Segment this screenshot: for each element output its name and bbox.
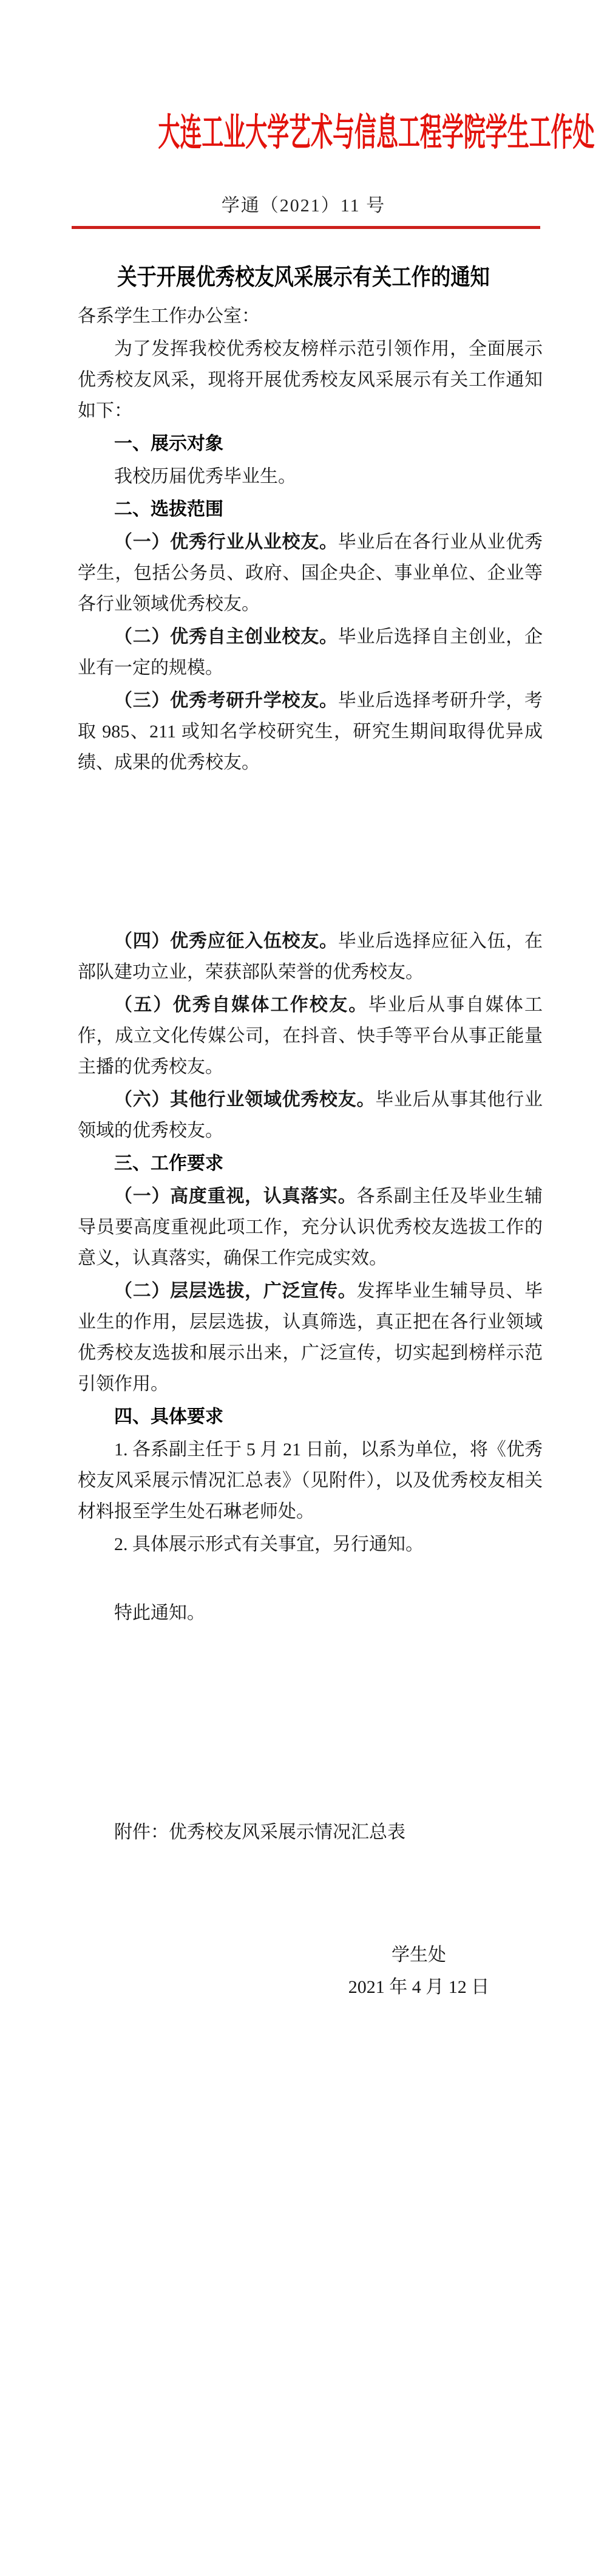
section-2-item-6: （六）其他行业领域优秀校友。毕业后从事其他行业领域的优秀校友。 bbox=[78, 1084, 543, 1146]
section-heading-3: 三、工作要求 bbox=[78, 1148, 543, 1179]
item-lead: （二）优秀自主创业校友。 bbox=[114, 627, 338, 647]
section-heading-1: 一、展示对象 bbox=[78, 428, 543, 459]
item-lead: （六）其他行业领域优秀校友。 bbox=[114, 1090, 375, 1110]
section-1-body: 我校历届优秀毕业生。 bbox=[78, 461, 543, 492]
notice-title-text: 关于开展优秀校友风采展示有关工作的通知 bbox=[117, 263, 490, 292]
section-heading-4: 四、具体要求 bbox=[78, 1401, 543, 1432]
section-2-item-5: （五）优秀自媒体工作校友。毕业后从事自媒体工作，成立文化传媒公司，在抖音、快手等… bbox=[78, 989, 543, 1082]
doc-number: 学通（2021）11 号 bbox=[0, 194, 607, 217]
section-2-item-2: （二）优秀自主创业校友。毕业后选择自主创业，企业有一定的规模。 bbox=[78, 621, 543, 683]
notice-title: 关于开展优秀校友风采展示有关工作的通知 bbox=[0, 263, 607, 292]
item-lead: （五）优秀自媒体工作校友。 bbox=[114, 995, 368, 1015]
closing-line: 特此通知。 bbox=[78, 1597, 543, 1628]
section-heading-2: 二、选拔范围 bbox=[78, 494, 543, 525]
section-3-item-2: （二）层层选拔，广泛宣传。发挥毕业生辅导员、毕业生的作用，层层选拔，认真筛选，真… bbox=[78, 1276, 543, 1399]
section-2-item-3: （三）优秀考研升学校友。毕业后选择考研升学，考取 985、211 或知名学校研究… bbox=[78, 685, 543, 778]
section-2-item-4: （四）优秀应征入伍校友。毕业后选择应征入伍，在部队建功立业，荣获部队荣誉的优秀校… bbox=[78, 926, 543, 988]
section-3-item-1: （一）高度重视，认真落实。各系副主任及毕业生辅导员要高度重视此项工作，充分认识优… bbox=[78, 1181, 543, 1274]
section-2-item-1: （一）优秀行业从业校友。毕业后在各行业从业优秀学生，包括公务员、政府、国企央企、… bbox=[78, 527, 543, 620]
intro-paragraph: 为了发挥我校优秀校友榜样示范引领作用，全面展示优秀校友风采，现将开展优秀校友风采… bbox=[78, 333, 543, 426]
attachment-note: 附件：优秀校友风采展示情况汇总表 bbox=[78, 1817, 543, 1848]
notice-body: 各系学生工作办公室： 为了发挥我校优秀校友榜样示范引领作用，全面展示优秀校友风采… bbox=[78, 301, 543, 2003]
signature-date: 2021 年 4 月 12 日 bbox=[316, 1971, 522, 2003]
document-page: 大连工业大学艺术与信息工程学院学生工作处 学通（2021）11 号 关于开展优秀… bbox=[0, 0, 607, 2576]
red-rule-divider bbox=[72, 226, 540, 229]
section-4-item-1: 1. 各系副主任于 5 月 21 日前，以系为单位，将《优秀校友风采展示情况汇总… bbox=[78, 1434, 543, 1527]
item-lead: （二）层层选拔，广泛宣传。 bbox=[114, 1281, 356, 1301]
masthead-org-title: 大连工业大学艺术与信息工程学院学生工作处 bbox=[158, 111, 594, 155]
item-lead: （一）优秀行业从业校友。 bbox=[114, 532, 338, 552]
masthead: 大连工业大学艺术与信息工程学院学生工作处 bbox=[0, 111, 607, 155]
item-lead: （一）高度重视，认真落实。 bbox=[114, 1186, 356, 1206]
item-lead: （四）优秀应征入伍校友。 bbox=[114, 931, 338, 951]
signature-block: 学生处 2021 年 4 月 12 日 bbox=[316, 1939, 522, 2003]
signature-unit: 学生处 bbox=[316, 1939, 522, 1971]
section-4-item-2: 2. 具体展示形式有关事宜，另行通知。 bbox=[78, 1529, 543, 1560]
salutation: 各系学生工作办公室： bbox=[78, 301, 543, 332]
item-lead: （三）优秀考研升学校友。 bbox=[114, 691, 338, 711]
